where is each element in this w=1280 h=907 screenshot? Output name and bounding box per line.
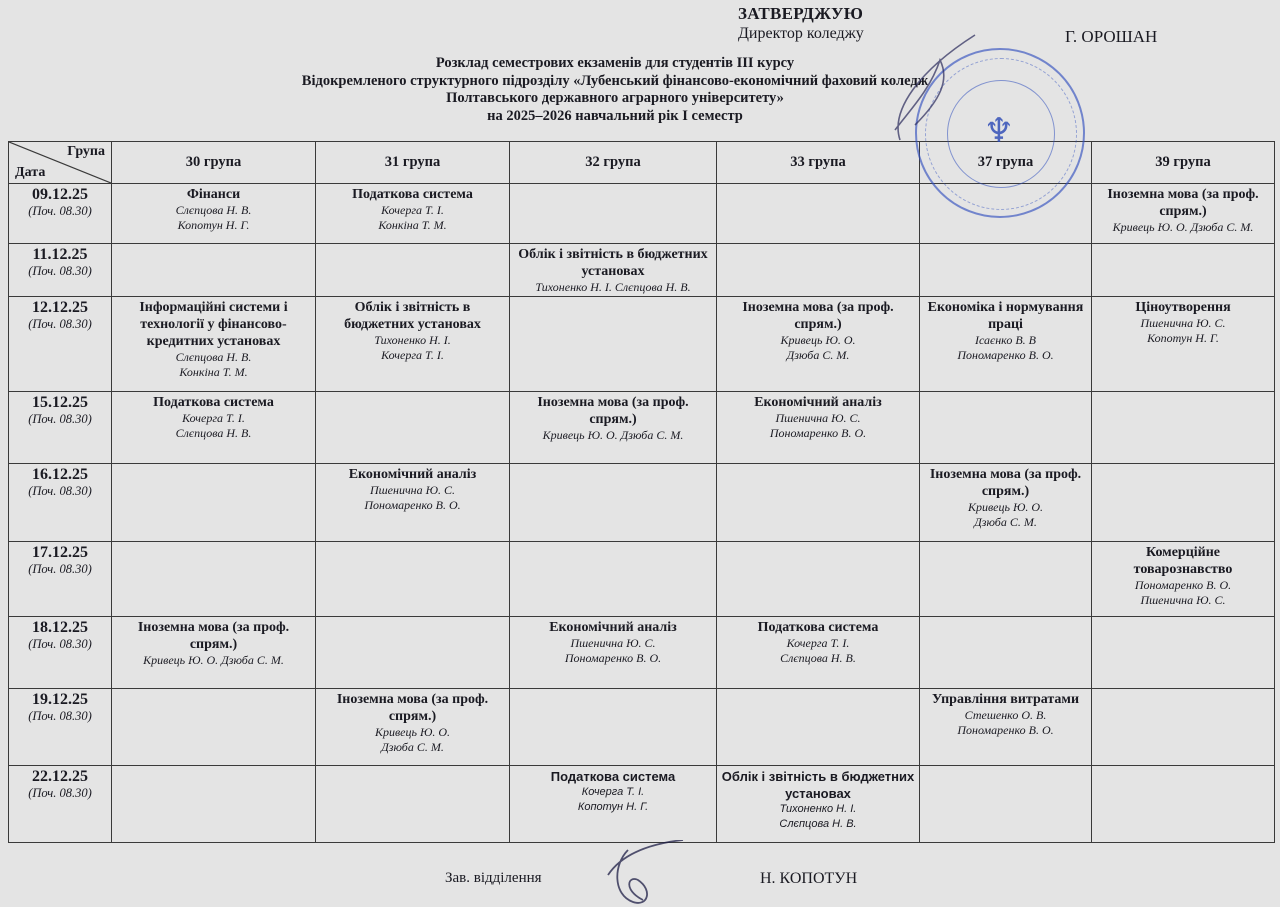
exam-cell: Іноземна мова (за проф. спрям.)Кривець Ю… — [510, 392, 717, 464]
examiner-name: Пшенична Ю. С. — [319, 483, 506, 498]
title-line-1: Розклад семестрових екзаменів для студен… — [270, 55, 960, 73]
exam-cell: Облік і звітність в бюджетних установахТ… — [316, 297, 510, 392]
empty-cell — [1092, 766, 1275, 843]
examiner-name: Пшенична Ю. С. — [1095, 316, 1271, 331]
date-cell: 11.12.25(Поч. 08.30) — [9, 244, 112, 297]
group-header: 39 група — [1092, 142, 1275, 184]
examiner-name: Стешенко О. В. — [923, 708, 1088, 723]
exam-subject: Іноземна мова (за проф. спрям.) — [319, 691, 506, 725]
empty-cell — [920, 617, 1092, 689]
exam-subject: Іноземна мова (за проф. спрям.) — [115, 619, 312, 653]
start-time: (Поч. 08.30) — [12, 709, 108, 724]
empty-cell — [920, 392, 1092, 464]
examiner-name: Пшенична Ю. С. — [1095, 593, 1271, 608]
exam-subject: Іноземна мова (за проф. спрям.) — [1095, 186, 1271, 220]
exam-subject: Іноземна мова (за проф. спрям.) — [513, 394, 713, 428]
examiner-name: Слєпцова Н. В. — [115, 203, 312, 218]
table-row: 09.12.25(Поч. 08.30)ФінансиСлєпцова Н. В… — [9, 184, 1275, 244]
exam-date: 17.12.25 — [12, 544, 108, 562]
examiner-name: Кочерга Т. І. — [319, 348, 506, 363]
empty-cell — [717, 542, 920, 617]
examiner-name: Пономаренко В. О. — [720, 426, 916, 441]
exam-subject: Ціноутворення — [1095, 299, 1271, 316]
exam-date: 09.12.25 — [12, 186, 108, 204]
start-time: (Поч. 08.30) — [12, 412, 108, 427]
empty-cell — [1092, 244, 1275, 297]
director-name: Г. ОРОШАН — [1065, 27, 1157, 47]
examiner-name: Слєпцова Н. В. — [720, 651, 916, 666]
examiner-name: Тихоненко Н. І. — [720, 802, 916, 817]
table-row: 12.12.25(Поч. 08.30)Інформаційні системи… — [9, 297, 1275, 392]
examiner-name: Пшенична Ю. С. — [513, 636, 713, 651]
exam-subject: Податкова система — [319, 186, 506, 203]
empty-cell — [112, 464, 316, 542]
footer-name: Н. КОПОТУН — [760, 870, 857, 888]
examiner-name: Кочерга Т. І. — [115, 411, 312, 426]
empty-cell — [112, 689, 316, 766]
examiner-name: Пшенична Ю. С. — [720, 411, 916, 426]
table-row: 17.12.25(Поч. 08.30)Комерційне товарозна… — [9, 542, 1275, 617]
exam-date: 19.12.25 — [12, 691, 108, 709]
empty-cell — [717, 464, 920, 542]
exam-subject: Фінанси — [115, 186, 312, 203]
examiner-name: Кривець Ю. О. — [319, 725, 506, 740]
exam-subject: Податкова система — [115, 394, 312, 411]
group-header: 30 група — [112, 142, 316, 184]
approval-heading: ЗАТВЕРДЖУЮ — [738, 4, 864, 24]
date-cell: 19.12.25(Поч. 08.30) — [9, 689, 112, 766]
exam-cell: Економіка і нормування праціІсаєнко В. В… — [920, 297, 1092, 392]
table-row: 19.12.25(Поч. 08.30)Іноземна мова (за пр… — [9, 689, 1275, 766]
examiner-name: Кривець Ю. О. Дзюба С. М. — [115, 653, 312, 668]
date-cell: 17.12.25(Поч. 08.30) — [9, 542, 112, 617]
exam-cell: Облік і звітність в бюджетних установахТ… — [510, 244, 717, 297]
exam-subject: Економічний аналіз — [720, 394, 916, 411]
group-header: 33 група — [717, 142, 920, 184]
start-time: (Поч. 08.30) — [12, 264, 108, 279]
approval-block: ЗАТВЕРДЖУЮ Директор коледжу — [738, 4, 864, 43]
examiner-name: Тихоненко Н. І. Слєпцова Н. В. — [513, 280, 713, 295]
exam-subject: Податкова система — [513, 768, 713, 785]
empty-cell — [1092, 392, 1275, 464]
exam-subject: Комерційне товарознавство — [1095, 544, 1271, 578]
empty-cell — [510, 542, 717, 617]
approval-position: Директор коледжу — [738, 25, 864, 43]
empty-cell — [717, 689, 920, 766]
empty-cell — [1092, 617, 1275, 689]
start-time: (Поч. 08.30) — [12, 562, 108, 577]
title-line-3: Полтавського державного аграрного універ… — [270, 90, 960, 108]
examiner-name: Тихоненко Н. І. — [319, 333, 506, 348]
exam-cell: Управління витратамиСтешенко О. В.Понома… — [920, 689, 1092, 766]
empty-cell — [920, 766, 1092, 843]
exam-cell: Податкова системаКочерга Т. І.Копотун Н.… — [510, 766, 717, 843]
table-row: 11.12.25(Поч. 08.30)Облік і звітність в … — [9, 244, 1275, 297]
table-row: 15.12.25(Поч. 08.30)Податкова системаКоч… — [9, 392, 1275, 464]
group-header: 37 група — [920, 142, 1092, 184]
exam-cell: Іноземна мова (за проф. спрям.)Кривець Ю… — [112, 617, 316, 689]
examiner-name: Пономаренко В. О. — [513, 651, 713, 666]
examiner-name: Копотун Н. Г. — [1095, 331, 1271, 346]
exam-cell: Інформаційні системи і технології у фіна… — [112, 297, 316, 392]
empty-cell — [316, 542, 510, 617]
corner-group-label: Група — [67, 144, 105, 160]
exam-cell: Податкова системаКочерга Т. І.Слєпцова Н… — [717, 617, 920, 689]
examiner-name: Дзюба С. М. — [720, 348, 916, 363]
head-signature-icon — [598, 840, 688, 907]
exam-date: 12.12.25 — [12, 299, 108, 317]
start-time: (Поч. 08.30) — [12, 637, 108, 652]
examiner-name: Дзюба С. М. — [923, 515, 1088, 530]
empty-cell — [510, 184, 717, 244]
date-cell: 16.12.25(Поч. 08.30) — [9, 464, 112, 542]
table-header-row: Група Дата 30 група 31 група 32 група 33… — [9, 142, 1275, 184]
empty-cell — [717, 184, 920, 244]
exam-subject: Податкова система — [720, 619, 916, 636]
empty-cell — [920, 184, 1092, 244]
examiner-name: Ісаєнко В. В — [923, 333, 1088, 348]
empty-cell — [920, 542, 1092, 617]
exam-subject: Інформаційні системи і технології у фіна… — [115, 299, 312, 350]
exam-cell: Іноземна мова (за проф. спрям.)Кривець Ю… — [316, 689, 510, 766]
exam-subject: Економічний аналіз — [319, 466, 506, 483]
exam-date: 22.12.25 — [12, 768, 108, 786]
title-line-2: Відокремленого структурного підрозділу «… — [270, 73, 960, 91]
group-header: 31 група — [316, 142, 510, 184]
examiner-name: Конкіна Т. М. — [115, 365, 312, 380]
examiner-name: Кривець Ю. О. Дзюба С. М. — [513, 428, 713, 443]
empty-cell — [316, 244, 510, 297]
examiner-name: Кривець Ю. О. — [923, 500, 1088, 515]
exam-date: 18.12.25 — [12, 619, 108, 637]
exam-subject: Економіка і нормування праці — [923, 299, 1088, 333]
document-title: Розклад семестрових екзаменів для студен… — [270, 55, 960, 125]
table-row: 22.12.25(Поч. 08.30)Податкова системаКоч… — [9, 766, 1275, 843]
empty-cell — [1092, 464, 1275, 542]
empty-cell — [112, 244, 316, 297]
exam-cell: Податкова системаКочерга Т. І.Конкіна Т.… — [316, 184, 510, 244]
exam-subject: Управління витратами — [923, 691, 1088, 708]
start-time: (Поч. 08.30) — [12, 484, 108, 499]
exam-subject: Іноземна мова (за проф. спрям.) — [720, 299, 916, 333]
examiner-name: Слєпцова Н. В. — [115, 426, 312, 441]
examiner-name: Дзюба С. М. — [319, 740, 506, 755]
exam-date: 11.12.25 — [12, 246, 108, 264]
examiner-name: Кочерга Т. І. — [513, 785, 713, 800]
corner-date-label: Дата — [15, 165, 45, 181]
exam-cell: ЦіноутворенняПшенична Ю. С.Копотун Н. Г. — [1092, 297, 1275, 392]
examiner-name: Пономаренко В. О. — [923, 723, 1088, 738]
exam-date: 15.12.25 — [12, 394, 108, 412]
exam-cell: Комерційне товарознавствоПономаренко В. … — [1092, 542, 1275, 617]
examiner-name: Копотун Н. Г. — [115, 218, 312, 233]
exam-cell: Іноземна мова (за проф. спрям.)Кривець Ю… — [717, 297, 920, 392]
group-header: 32 група — [510, 142, 717, 184]
empty-cell — [717, 244, 920, 297]
examiner-name: Кривець Ю. О. — [720, 333, 916, 348]
start-time: (Поч. 08.30) — [12, 204, 108, 219]
exam-schedule-table: Група Дата 30 група 31 група 32 група 33… — [8, 141, 1275, 843]
exam-cell: Економічний аналізПшенична Ю. С.Пономаре… — [717, 392, 920, 464]
examiner-name: Конкіна Т. М. — [319, 218, 506, 233]
exam-subject: Економічний аналіз — [513, 619, 713, 636]
date-cell: 09.12.25(Поч. 08.30) — [9, 184, 112, 244]
table-row: 16.12.25(Поч. 08.30)Економічний аналізПш… — [9, 464, 1275, 542]
examiner-name: Пономаренко В. О. — [923, 348, 1088, 363]
examiner-name: Копотун Н. Г. — [513, 800, 713, 815]
exam-cell: Економічний аналізПшенична Ю. С.Пономаре… — [316, 464, 510, 542]
exam-subject: Облік і звітність в бюджетних установах — [319, 299, 506, 333]
exam-subject: Облік і звітність в бюджетних установах — [513, 246, 713, 280]
empty-cell — [112, 542, 316, 617]
date-cell: 18.12.25(Поч. 08.30) — [9, 617, 112, 689]
footer-position: Зав. відділення — [445, 870, 542, 887]
corner-header: Група Дата — [9, 142, 112, 184]
examiner-name: Пономаренко В. О. — [1095, 578, 1271, 593]
title-line-4: на 2025–2026 навчальний рік І семестр — [270, 108, 960, 126]
empty-cell — [316, 617, 510, 689]
empty-cell — [1092, 689, 1275, 766]
exam-cell: ФінансиСлєпцова Н. В.Копотун Н. Г. — [112, 184, 316, 244]
exam-cell: Іноземна мова (за проф. спрям.)Кривець Ю… — [1092, 184, 1275, 244]
empty-cell — [316, 392, 510, 464]
date-cell: 12.12.25(Поч. 08.30) — [9, 297, 112, 392]
empty-cell — [112, 766, 316, 843]
date-cell: 15.12.25(Поч. 08.30) — [9, 392, 112, 464]
table-row: 18.12.25(Поч. 08.30)Іноземна мова (за пр… — [9, 617, 1275, 689]
exam-cell: Податкова системаКочерга Т. І.Слєпцова Н… — [112, 392, 316, 464]
date-cell: 22.12.25(Поч. 08.30) — [9, 766, 112, 843]
empty-cell — [316, 766, 510, 843]
examiner-name: Кочерга Т. І. — [720, 636, 916, 651]
empty-cell — [510, 689, 717, 766]
start-time: (Поч. 08.30) — [12, 786, 108, 801]
exam-subject: Іноземна мова (за проф. спрям.) — [923, 466, 1088, 500]
examiner-name: Слєпцова Н. В. — [115, 350, 312, 365]
empty-cell — [510, 297, 717, 392]
empty-cell — [510, 464, 717, 542]
examiner-name: Кривець Ю. О. Дзюба С. М. — [1095, 220, 1271, 235]
examiner-name: Кочерга Т. І. — [319, 203, 506, 218]
exam-cell: Іноземна мова (за проф. спрям.)Кривець Ю… — [920, 464, 1092, 542]
exam-cell: Економічний аналізПшенична Ю. С.Пономаре… — [510, 617, 717, 689]
start-time: (Поч. 08.30) — [12, 317, 108, 332]
examiner-name: Пономаренко В. О. — [319, 498, 506, 513]
exam-date: 16.12.25 — [12, 466, 108, 484]
exam-subject: Облік і звітність в бюджетних установах — [720, 768, 916, 802]
examiner-name: Слєпцова Н. В. — [720, 817, 916, 832]
exam-cell: Облік і звітність в бюджетних установахТ… — [717, 766, 920, 843]
empty-cell — [920, 244, 1092, 297]
